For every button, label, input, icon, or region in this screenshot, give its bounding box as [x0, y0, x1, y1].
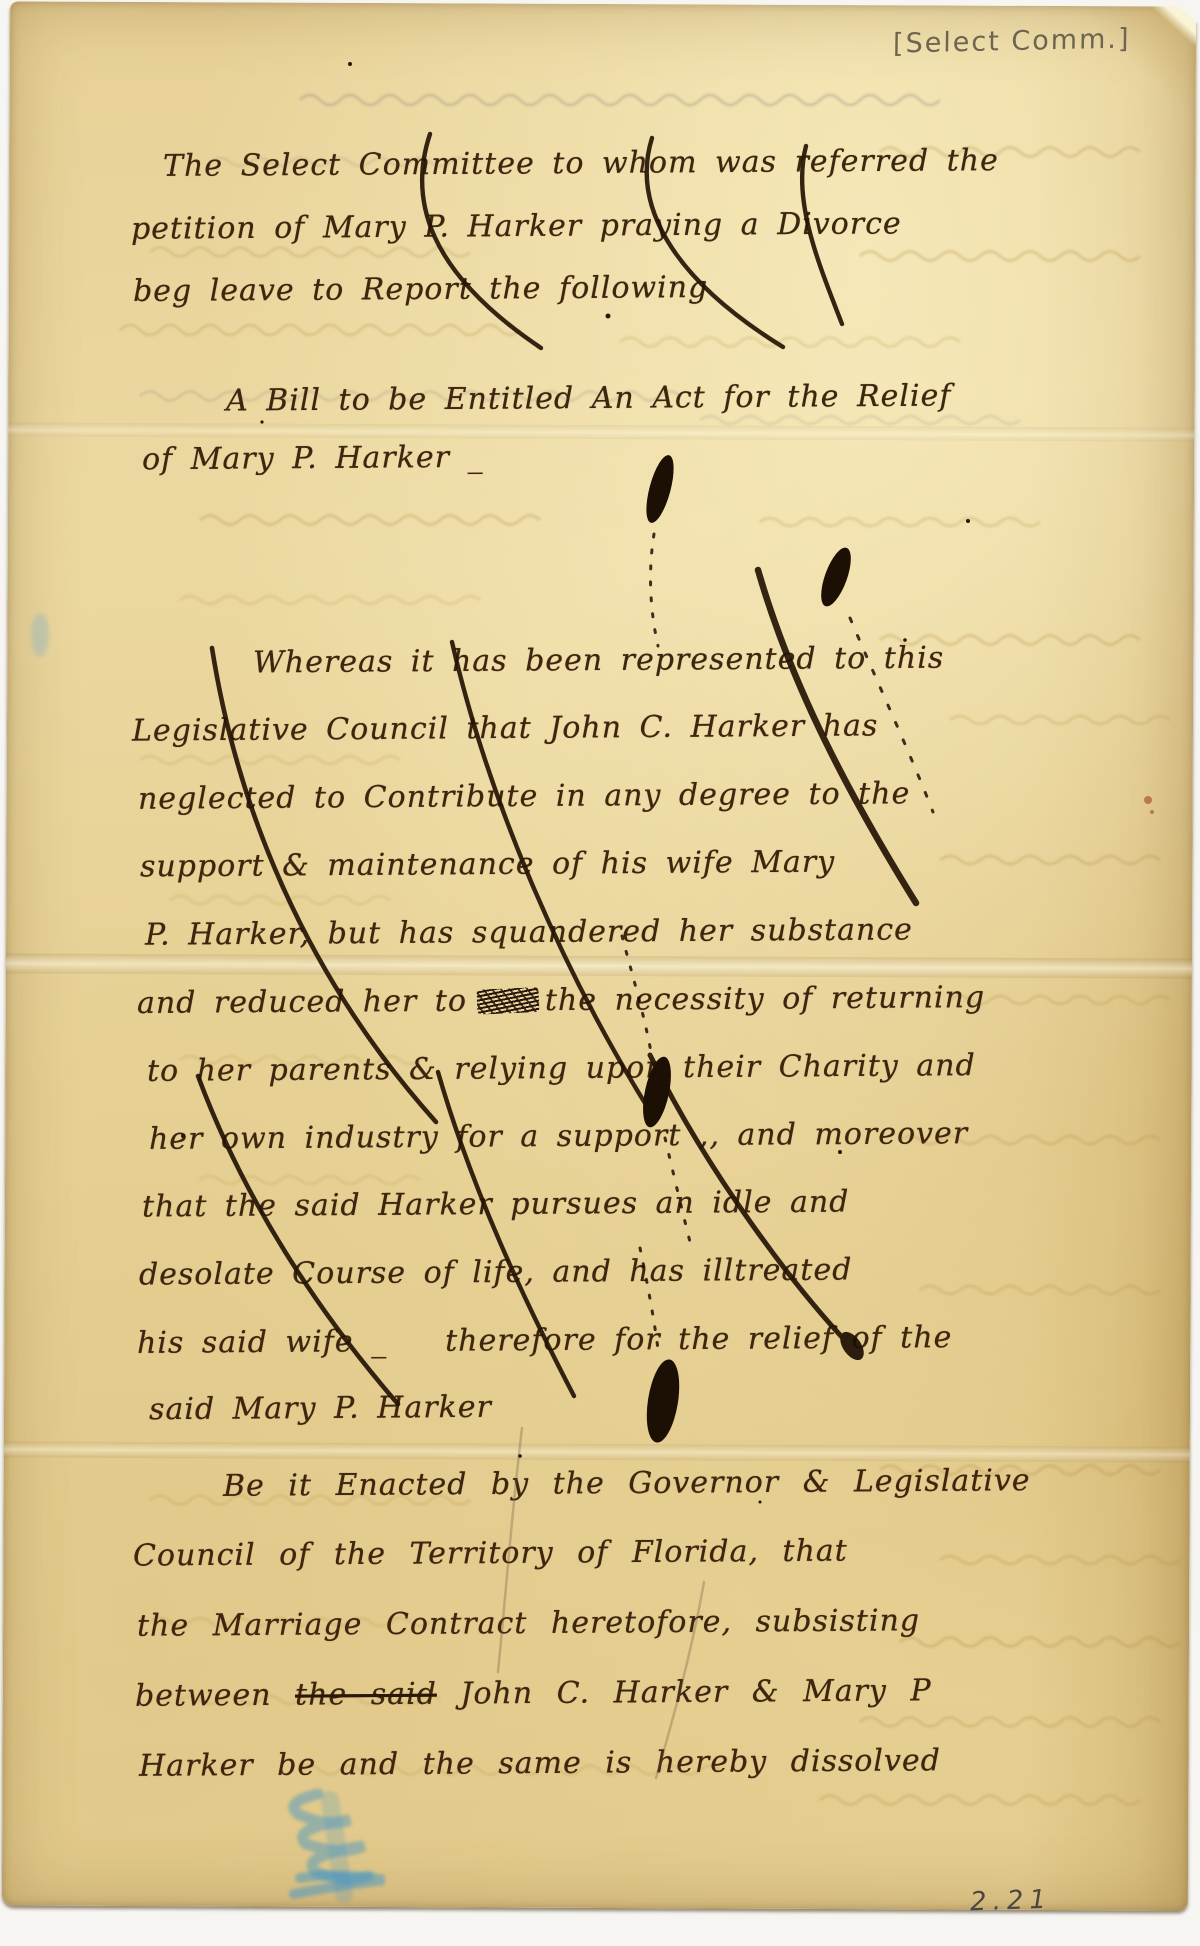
whereas-line: said Mary P. Harker	[149, 1390, 492, 1427]
whereas-line-therefore: his said wife _therefore for the relief …	[137, 1320, 953, 1361]
handwritten-text-layer: [Select Comm.] The Select Committee to w…	[0, 0, 1200, 1946]
enacting-line: Be it Enacted by the Governor & Legislat…	[223, 1463, 1031, 1504]
document-scan: [Select Comm.] The Select Committee to w…	[0, 0, 1200, 1946]
page-number-note: 2.21	[970, 1885, 1053, 1918]
whereas-line: to her parents & relying upon their Char…	[147, 1048, 976, 1089]
struck-through-words: the said	[295, 1677, 437, 1713]
enacting-line: Council of the Territory of Florida, tha…	[133, 1534, 848, 1574]
archival-classification-note: [Select Comm.]	[893, 24, 1131, 60]
whereas-line: desolate Course of life, and has illtrea…	[139, 1253, 853, 1293]
bill-title-line: A Bill to be Entitled An Act for the Rel…	[226, 378, 952, 418]
enacting-line-with-strikeout: between the said John C. Harker & Mary P	[135, 1673, 932, 1714]
whereas-line: support & maintenance of his wife Mary	[140, 845, 835, 885]
whereas-line: P. Harker, but has squandered her substa…	[145, 912, 913, 952]
scratched-out-word	[476, 987, 539, 1015]
bill-title-line: of Mary P. Harker _	[142, 440, 484, 477]
therefore-phrase: therefore for the relief of the	[445, 1320, 952, 1359]
whereas-line: Whereas it has been represented to this	[253, 641, 944, 681]
report-line: beg leave to Report the following	[133, 270, 708, 309]
whereas-line: neglected to Contribute in any degree to…	[138, 776, 911, 816]
enacting-line: Harker be and the same is hereby dissolv…	[139, 1743, 941, 1784]
between-word: between	[135, 1678, 272, 1714]
scratch-line-pre: and reduced her to	[137, 984, 467, 1021]
whereas-line-with-scratch: and reduced her tothe necessity of retur…	[137, 980, 985, 1021]
whereas-line: that the said Harker pursues an idle and	[142, 1185, 850, 1225]
whereas-line: her own industry for a support ,, and mo…	[149, 1116, 968, 1157]
report-line: petition of Mary P. Harker praying a Div…	[131, 206, 902, 246]
whereas-line: Legislative Council that John C. Harker …	[132, 708, 879, 748]
report-line: The Select Committee to whom was referre…	[163, 143, 999, 184]
names-phrase: John C. Harker & Mary P	[460, 1673, 932, 1711]
enacting-line: the Marriage Contract heretofore, subsis…	[137, 1603, 920, 1643]
scratch-line-post: the necessity of returning	[545, 980, 985, 1018]
wife-phrase: his said wife _	[137, 1324, 387, 1361]
